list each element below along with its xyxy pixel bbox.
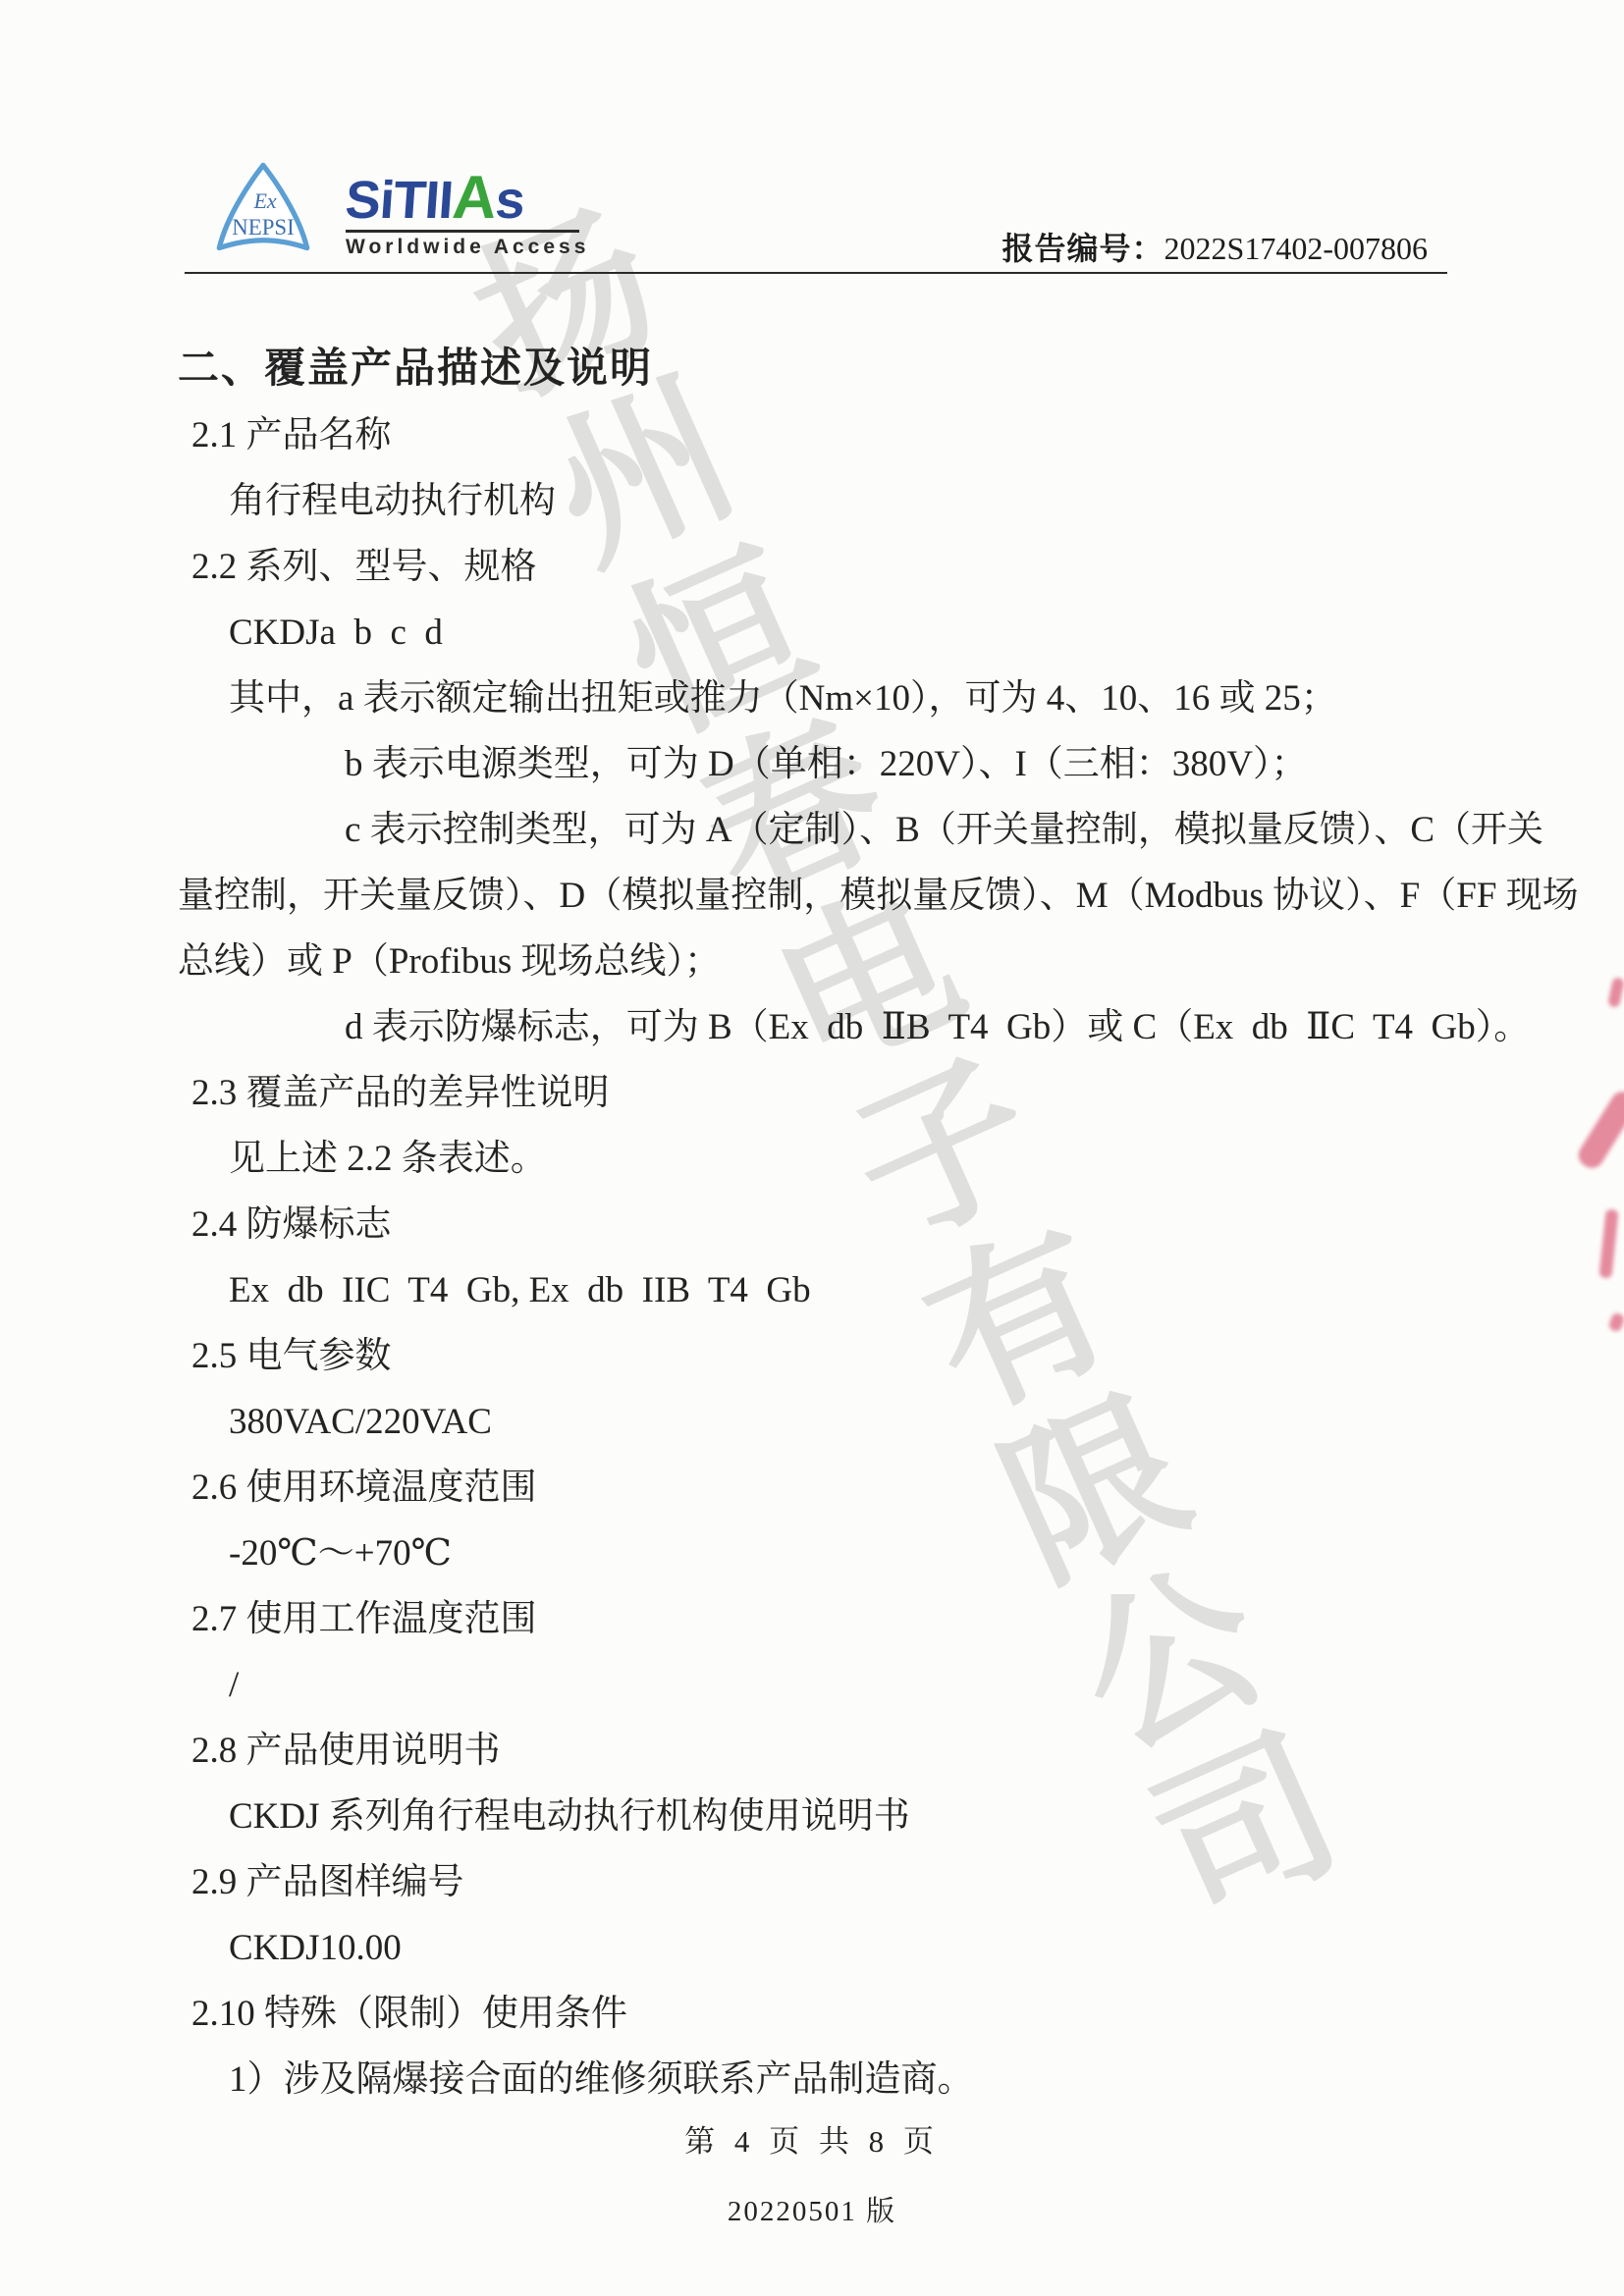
doc-line: 2.4 防爆标志 <box>178 1192 1552 1257</box>
document-page: 扬州恒春电子有限公司 Ex NEPSI SiTIIAs Worldwide Ac… <box>0 0 1624 2296</box>
version-note: 20220501 版 <box>0 2189 1624 2229</box>
wordmark-sitii: SiTII <box>344 171 455 230</box>
doc-line: CKDJa b c d <box>178 600 1552 666</box>
stamp-fragment <box>1607 977 1624 1008</box>
doc-line: 2.1 产品名称 <box>178 402 1552 468</box>
doc-line: 2.5 电气参数 <box>178 1323 1552 1389</box>
report-number-value: 2022S17402-007806 <box>1164 231 1428 266</box>
doc-line: 量控制，开关量反馈）、D（模拟量控制，模拟量反馈）、M（Modbus 协议）、F… <box>178 863 1552 929</box>
doc-line: 其中，a 表示额定输出扭矩或推力（Nm×10），可为 4、10、16 或 25； <box>178 666 1552 731</box>
doc-line: 2.3 覆盖产品的差异性说明 <box>178 1060 1552 1126</box>
document-body: 二、覆盖产品描述及说明 2.1 产品名称角行程电动执行机构2.2 系列、型号、规… <box>178 336 1552 2112</box>
doc-line: 2.8 产品使用说明书 <box>178 1718 1552 1784</box>
report-number-label: 报告编号： <box>1002 231 1164 266</box>
document-lines: 2.1 产品名称角行程电动执行机构2.2 系列、型号、规格CKDJa b c d… <box>178 402 1552 2112</box>
doc-line: d 表示防爆标志，可为 B（Ex db ⅡB T4 Gb）或 C（Ex db Ⅱ… <box>178 994 1552 1060</box>
stamp-fragment <box>1574 1088 1624 1173</box>
section-title: 二、覆盖产品描述及说明 <box>178 336 1552 402</box>
report-number: 报告编号：2022S17402-007806 <box>1002 224 1428 269</box>
doc-line: Ex db IIC T4 Gb, Ex db IIB T4 Gb <box>178 1257 1552 1323</box>
doc-line: c 表示控制类型，可为 A（定制）、B（开关量控制，模拟量反馈）、C（开关 <box>178 797 1552 863</box>
wordmark-a: A <box>451 164 499 232</box>
nepsi-ex-logo: Ex NEPSI <box>212 161 314 255</box>
doc-line: 2.7 使用工作温度范围 <box>178 1586 1552 1652</box>
doc-line: CKDJ10.00 <box>178 1915 1552 1981</box>
nepsi-ex-text: Ex <box>253 189 277 213</box>
sitiias-logo: SiTIIAs Worldwide Access <box>346 173 591 259</box>
doc-line: b 表示电源类型，可为 D（单相：220V）、I（三相：380V）； <box>178 731 1552 797</box>
doc-line: 380VAC/220VAC <box>178 1389 1552 1455</box>
sitiias-wordmark: SiTIIAs <box>344 173 593 226</box>
doc-line: 2.9 产品图样编号 <box>178 1849 1552 1915</box>
nepsi-name-text: NEPSI <box>232 215 295 240</box>
doc-line: / <box>178 1652 1552 1718</box>
header-divider <box>185 272 1447 274</box>
doc-line: 角行程电动执行机构 <box>178 468 1552 534</box>
stamp-fragment <box>1607 1311 1624 1332</box>
doc-line: -20℃～+70℃ <box>178 1521 1552 1586</box>
logo-tagline: Worldwide Access <box>346 236 591 259</box>
doc-line: 2.6 使用环境温度范围 <box>178 1455 1552 1521</box>
doc-line: 2.2 系列、型号、规格 <box>178 534 1552 600</box>
doc-line: 见上述 2.2 条表述。 <box>178 1126 1552 1192</box>
doc-line: CKDJ 系列角行程电动执行机构使用说明书 <box>178 1784 1552 1849</box>
doc-line: 2.10 特殊（限制）使用条件 <box>178 1981 1552 2047</box>
wordmark-s: s <box>494 171 526 230</box>
doc-line: 总线）或 P（Profibus 现场总线）； <box>178 929 1552 994</box>
doc-line: 1）涉及隔爆接合面的维修须联系产品制造商。 <box>178 2047 1552 2112</box>
stamp-fragment <box>1598 1209 1618 1279</box>
page-number: 第 4 页 共 8 页 <box>0 2116 1624 2161</box>
